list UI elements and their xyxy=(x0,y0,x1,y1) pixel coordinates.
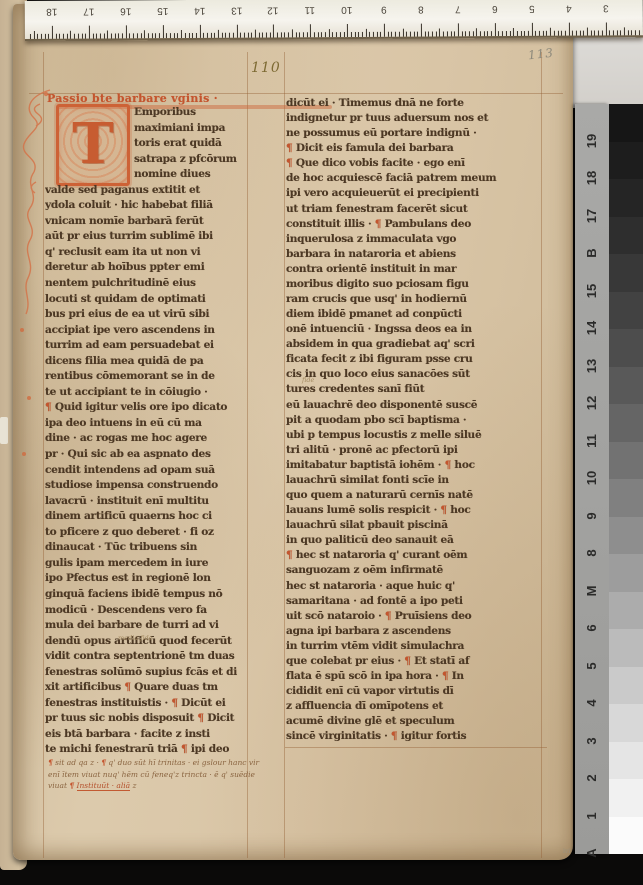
text-line: eū lauachrē deo disponentē suscē xyxy=(286,398,542,413)
text-line: nentem pulchritudinē eius xyxy=(45,276,246,292)
ruler-number: 3 xyxy=(598,2,612,13)
ruler-tick xyxy=(126,25,127,38)
ruler-number: 13 xyxy=(229,5,243,16)
ruler-ticks xyxy=(25,0,643,1)
grayscale-patch xyxy=(609,817,643,855)
ruler-tick xyxy=(266,33,267,38)
text-line: sanguozam z oēm infirmatē xyxy=(286,563,542,578)
text-line: xit artificibus ¶ Quare duas tm xyxy=(45,680,246,696)
grayscale-step-label: 10 xyxy=(580,461,604,495)
text-line: dine · ac rogas me hoc agere xyxy=(45,431,246,447)
text-line: ¶ hec st nataroria q' curant oēm xyxy=(286,548,542,563)
ruler-tick xyxy=(196,33,197,38)
grayscale-step-label: 3 xyxy=(580,724,604,758)
ruler-tick xyxy=(115,33,116,38)
ruler-numbers: 1817161514131211109876543 xyxy=(25,0,643,1)
ruler-tick xyxy=(417,32,418,37)
ruler-tick xyxy=(70,31,71,39)
text-line: imitabatur baptistā iohēm · ¶ hoc xyxy=(286,458,542,473)
ruler-tick xyxy=(303,32,304,37)
ruler-tick xyxy=(462,31,463,36)
text-line: uit scō nataroio · ¶ Pruīsiens deo xyxy=(286,609,542,624)
ruler-tick xyxy=(107,30,108,38)
ruler-tick xyxy=(163,25,164,38)
ruler-tick xyxy=(613,30,614,35)
ruler-tick xyxy=(233,33,234,38)
text-line: tures credentes sanī fiūt xyxy=(286,382,542,397)
text-line: lauachrū similat fonti scīe in xyxy=(286,473,542,488)
grayscale-step-label: 9 xyxy=(580,499,604,533)
ruler-tick xyxy=(181,30,182,38)
grayscale-step-label: 15 xyxy=(580,274,604,308)
measuring-ruler: 1817161514131211109876543 xyxy=(25,0,643,41)
ruler-tick xyxy=(74,34,75,39)
text-line: quo quem a naturarū cernīs natē xyxy=(286,488,542,503)
text-line: locuti st quidam de optimati xyxy=(45,292,246,308)
ruler-tick xyxy=(211,33,212,38)
ruler-tick xyxy=(454,31,455,36)
text-line: vnicam nomīe barbarā ferūt xyxy=(45,214,246,230)
ruler-tick xyxy=(521,31,522,36)
text-line: ¶ Quid igitur velis ore ipo dicato xyxy=(45,400,246,416)
text-line: absidem in qua gradiebat aq' scri xyxy=(286,337,542,352)
text-line: deretur ab hoībus ppter emi xyxy=(45,260,246,276)
text-line: ¶ Dicit eis famula dei barbara xyxy=(286,141,542,156)
ruler-tick xyxy=(45,34,46,39)
ruler-tick xyxy=(170,33,171,38)
ruler-tick xyxy=(620,30,621,35)
page-number-ink: 110 xyxy=(251,60,281,76)
ruler-tick xyxy=(59,34,60,39)
ruler-tick xyxy=(96,34,97,39)
interlinear-note: media fide xyxy=(118,634,153,642)
text-line: z affluencia dī omīpotens et xyxy=(286,699,542,714)
ruler-tick xyxy=(528,31,529,36)
ruler-tick xyxy=(425,32,426,37)
ruler-tick xyxy=(602,30,603,35)
ruler-tick xyxy=(207,33,208,38)
text-line: dinem artificū quaerns hoc ci xyxy=(45,509,246,525)
grayscale-label-strip: 191817B15141312111098M654321A xyxy=(575,104,609,854)
ruler-tick xyxy=(373,32,374,37)
ruler-tick xyxy=(388,32,389,37)
grayscale-patch xyxy=(609,592,643,630)
marginal-footnote: ¶ sit ad qa z · ¶ q' duo sūt hī trinitas… xyxy=(48,757,326,792)
grayscale-calibration-bar: 191817B15141312111098M654321A xyxy=(575,104,643,854)
ruler-tick xyxy=(517,31,518,36)
footnote-line: enī ītem viuat nuq' hēm cū feneq'z trinc… xyxy=(48,769,326,781)
text-line: rentibus cōmemorant se in de xyxy=(45,369,246,385)
ruler-tick xyxy=(495,23,496,36)
text-line: ipo Pfectus est in regionē lon xyxy=(45,571,246,587)
text-line: ydola coluit · hic habebat filiā xyxy=(45,198,246,214)
grayscale-patch xyxy=(609,479,643,517)
ruler-tick xyxy=(48,34,49,39)
ruler-tick xyxy=(565,31,566,36)
text-line: ram crucis que usq' in hodiernū xyxy=(286,292,542,307)
text-line: cis in quo loco eius sanacōes sūt xyxy=(286,367,542,382)
ruler-tick xyxy=(248,33,249,38)
footnote-line: viuat ¶ Instituūt · aliā z xyxy=(48,780,326,792)
ruler-tick xyxy=(580,31,581,36)
text-line: bus pri eius de ea ut virū sibi xyxy=(45,307,246,323)
ruler-tick xyxy=(351,32,352,37)
ruler-tick xyxy=(436,31,437,36)
ruler-tick xyxy=(509,31,510,36)
ruler-number: 6 xyxy=(488,3,502,14)
text-line: Emporibus xyxy=(45,105,246,121)
ruler-tick xyxy=(30,34,31,39)
grayscale-patch xyxy=(609,142,643,180)
grayscale-step-label: 19 xyxy=(580,124,604,158)
text-line: flata ē spū scō in ipa hora · ¶ In xyxy=(286,669,542,684)
ruler-tick xyxy=(502,31,503,36)
ruler-tick xyxy=(631,30,632,35)
ruler-tick xyxy=(628,30,629,35)
ruler-tick xyxy=(380,32,381,37)
grayscale-step-label: 4 xyxy=(580,686,604,720)
text-line: q' reclusit eam ita ut non vi xyxy=(45,245,246,261)
text-line: dicūt ei · Timemus dnā ne forte xyxy=(286,96,542,111)
text-line: diem ibidē pmanet ad conpūcti xyxy=(286,307,542,322)
text-line: maximiani impa xyxy=(45,121,246,137)
ruler-tick xyxy=(399,32,400,37)
ruler-tick xyxy=(332,32,333,37)
text-line: fenestras solūmō supius fcās et di xyxy=(45,665,246,681)
text-line: lauans lumē solis respicit · ¶ hoc xyxy=(286,503,542,518)
text-line: fenestras instituistis · ¶ Dicūt ei xyxy=(45,696,246,712)
grayscale-step-label: 2 xyxy=(580,761,604,795)
grayscale-patch xyxy=(609,329,643,367)
ruler-number: 5 xyxy=(524,3,538,14)
ruler-tick xyxy=(214,33,215,38)
grayscale-step-label: B xyxy=(580,236,604,270)
ruler-tick xyxy=(192,33,193,38)
ruler-tick xyxy=(93,34,94,39)
ruler-tick xyxy=(37,34,38,39)
text-line: hec st nataroria · aque huic q' xyxy=(286,579,542,594)
ruler-tick xyxy=(336,32,337,37)
ruler-tick xyxy=(318,32,319,37)
ruler-tick xyxy=(639,30,640,35)
ruler-tick xyxy=(506,31,507,36)
grayscale-step-label: 8 xyxy=(580,536,604,570)
ruler-tick xyxy=(402,29,403,37)
ruler-tick xyxy=(144,30,145,38)
ruler-tick xyxy=(89,26,90,39)
ruler-tick xyxy=(480,31,481,36)
ruler-tick xyxy=(314,32,315,37)
ruler-number: 14 xyxy=(192,5,206,16)
ruler-tick xyxy=(568,23,569,36)
text-line: ipi vero acquieuerūt ei precipienti xyxy=(286,186,542,201)
ruler-tick xyxy=(137,33,138,38)
page-edge-tab xyxy=(0,417,8,444)
text-line: lauachrū silat pbauit piscinā xyxy=(286,518,542,533)
ruler-tick xyxy=(384,24,385,37)
grayscale-step-label: 12 xyxy=(580,386,604,420)
text-line: toris erat quidā xyxy=(45,136,246,152)
ruler-tick xyxy=(277,32,278,37)
ruler-number: 11 xyxy=(303,4,317,15)
ruler-tick xyxy=(174,33,175,38)
text-line: studiose impensa construendo xyxy=(45,478,246,494)
ruler-tick xyxy=(347,24,348,37)
grayscale-patches xyxy=(609,104,643,854)
red-ink-speck xyxy=(27,396,31,400)
ruler-tick xyxy=(111,33,112,38)
ruler-tick xyxy=(292,29,293,37)
ruler-number: 8 xyxy=(414,4,428,15)
grayscale-step-label: 13 xyxy=(580,349,604,383)
ruler-tick xyxy=(240,33,241,38)
ruler-tick xyxy=(122,33,123,38)
text-line: te ut accipiant te in cōiugio · xyxy=(45,385,246,401)
ruler-tick xyxy=(159,33,160,38)
grayscale-step-label: 17 xyxy=(580,199,604,233)
ruler-tick xyxy=(421,24,422,37)
ruler-tick xyxy=(550,28,551,36)
text-line: barbara in nataroria et abiens xyxy=(286,247,542,262)
text-line: de hoc acquiescē faciā patrem meum xyxy=(286,171,542,186)
text-line: in turrim vtēm vidit simulachra xyxy=(286,639,542,654)
ruler-tick xyxy=(325,32,326,37)
ruler-tick xyxy=(152,33,153,38)
text-line: ¶ Que dico vobis facite · ego enī xyxy=(286,156,542,171)
text-line: nomine diues xyxy=(45,167,246,183)
text-line: onē intuenciū · Ingssa deos ea in xyxy=(286,322,542,337)
ruler-tick xyxy=(199,25,200,38)
text-line: lavacrū · instituit enī multitu xyxy=(45,494,246,510)
grayscale-step-label: 18 xyxy=(580,161,604,195)
text-line: cididit enī cū vapor virtutis dī xyxy=(286,684,542,699)
ruler-tick xyxy=(598,30,599,35)
grayscale-patch xyxy=(609,554,643,592)
ruler-tick xyxy=(591,31,592,36)
ruler-number: 18 xyxy=(45,6,59,17)
ruler-tick xyxy=(259,33,260,38)
ruler-number: 16 xyxy=(119,5,133,16)
text-line: moribus digito suo pciosam figu xyxy=(286,277,542,292)
grayscale-step-label: 6 xyxy=(580,611,604,645)
ruler-tick xyxy=(469,31,470,36)
grayscale-patch xyxy=(609,404,643,442)
grayscale-patch xyxy=(609,292,643,330)
ruler-tick xyxy=(166,33,167,38)
ruler-tick xyxy=(295,32,296,37)
ruler-tick xyxy=(369,32,370,37)
ruler-tick xyxy=(299,32,300,37)
ruler-tick xyxy=(273,24,274,37)
ruler-tick xyxy=(539,31,540,36)
ruler-tick xyxy=(535,31,536,36)
text-line: ficata fecit z ibi figuram psse cru xyxy=(286,352,542,367)
ruler-tick xyxy=(78,34,79,39)
grayscale-patch xyxy=(609,217,643,255)
ruler-tick xyxy=(343,32,344,37)
ruler-tick xyxy=(307,32,308,37)
ruler-tick xyxy=(362,32,363,37)
ruler-tick xyxy=(576,31,577,36)
ruler-tick xyxy=(41,34,42,39)
ruler-tick xyxy=(487,31,488,36)
ruler-tick xyxy=(458,23,459,36)
text-line: mula dei barbare de turri ad vi xyxy=(45,618,246,634)
ruler-tick xyxy=(624,27,625,35)
ruler-tick xyxy=(557,31,558,36)
ruler-tick xyxy=(635,30,636,35)
footnote-line: ¶ sit ad qa z · ¶ q' duo sūt hī trinitas… xyxy=(48,757,326,769)
text-line: accipiat ipe vero ascendens in xyxy=(45,323,246,339)
grayscale-patch xyxy=(609,517,643,555)
ruler-tick xyxy=(188,33,189,38)
ruler-tick xyxy=(310,24,311,37)
ruler-tick xyxy=(203,33,204,38)
ruler-tick xyxy=(406,32,407,37)
grayscale-step-label: M xyxy=(580,574,604,608)
text-line: dicens filia mea quidā de pa xyxy=(45,354,246,370)
ruler-tick xyxy=(428,32,429,37)
ruler-tick xyxy=(155,33,156,38)
ruler-tick xyxy=(554,31,555,36)
ruler-tick xyxy=(465,31,466,36)
ruler-tick xyxy=(587,28,588,36)
ruler-tick xyxy=(63,34,64,39)
ruler-tick xyxy=(513,28,514,36)
text-line: pr · Qui sic ab ea aspnato des xyxy=(45,447,246,463)
ruler-tick xyxy=(329,29,330,37)
text-line: aūt pr eius turrim sublimē ibi xyxy=(45,229,246,245)
ruler-tick xyxy=(617,30,618,35)
ruler-tick xyxy=(177,33,178,38)
ruler-tick xyxy=(443,31,444,36)
text-line: valde sed paganus extitit et xyxy=(45,183,246,199)
grayscale-patch xyxy=(609,667,643,705)
ruler-tick xyxy=(583,31,584,36)
text-line: sincē virginitatis · ¶ igitur fortis xyxy=(286,729,542,744)
grayscale-patch xyxy=(609,104,643,142)
ruler-number: 15 xyxy=(155,5,169,16)
text-line: satrapa z pfcōrum xyxy=(45,152,246,168)
text-line: cendit intendens ad opam suā xyxy=(45,463,246,479)
ruler-tick xyxy=(281,32,282,37)
ruler-tick xyxy=(498,31,499,36)
ruler-tick xyxy=(609,30,610,35)
ruler-tick xyxy=(476,28,477,36)
ruler-tick xyxy=(473,31,474,36)
grayscale-step-label: 11 xyxy=(580,424,604,458)
text-line: dinaucat · Tūc tribuens sin xyxy=(45,540,246,556)
ruler-tick xyxy=(33,31,34,39)
text-line: acumē divine glē et speculum xyxy=(286,714,542,729)
ruler-tick xyxy=(133,33,134,38)
grayscale-patch xyxy=(609,704,643,742)
ruler-tick xyxy=(255,30,256,38)
text-line: constituit illis · ¶ Pambulans deo xyxy=(286,217,542,232)
text-line: ut triam fenestram facerēt sicut xyxy=(286,202,542,217)
text-column-right: dicūt ei · Timemus dnā ne forteindignetu… xyxy=(286,96,542,744)
ruler-tick xyxy=(81,34,82,39)
text-line: to pficere z quo deberet · fi oz xyxy=(45,525,246,541)
ruler-tick xyxy=(288,32,289,37)
ruler-number: 17 xyxy=(82,6,96,17)
ruler-tick xyxy=(450,31,451,36)
grayscale-patch xyxy=(609,179,643,217)
ruler-tick xyxy=(340,32,341,37)
red-ink-speck xyxy=(22,452,26,456)
ruler-tick xyxy=(439,28,440,36)
ruler-tick xyxy=(321,32,322,37)
ruler-number: 4 xyxy=(561,3,575,14)
ruler-tick xyxy=(532,23,533,36)
ruler-tick xyxy=(218,30,219,38)
ruler-tick xyxy=(118,33,119,38)
ruler-tick xyxy=(524,31,525,36)
text-line: gulis ipam mercedem in iure xyxy=(45,556,246,572)
text-line: pr tuus sic nobis disposuit ¶ Dicit xyxy=(45,711,246,727)
text-line: agna ipi barbara z ascendens xyxy=(286,624,542,639)
ruler-tick xyxy=(410,32,411,37)
text-line: indignetur pr tuus aduersum nos et xyxy=(286,111,542,126)
grayscale-patch xyxy=(609,779,643,817)
grayscale-patch xyxy=(609,629,643,667)
ruling-line-bottom xyxy=(285,747,547,748)
ruler-tick xyxy=(395,32,396,37)
ruler-tick xyxy=(244,33,245,38)
ruler-number: 7 xyxy=(451,3,465,14)
ruler-tick xyxy=(236,25,237,38)
ruler-tick xyxy=(104,34,105,39)
ruler-tick xyxy=(391,32,392,37)
ruler-tick xyxy=(543,31,544,36)
ruler-tick xyxy=(561,31,562,36)
ruler-tick xyxy=(546,31,547,36)
ruler-tick xyxy=(56,34,57,39)
text-line: contra orientē instituit in mar xyxy=(286,262,542,277)
interlinear-note: fide xyxy=(302,376,314,384)
ruler-tick xyxy=(251,33,252,38)
grayscale-step-label: 14 xyxy=(580,311,604,345)
text-line: inquerulosa z immaculata vgo xyxy=(286,232,542,247)
ruler-tick xyxy=(185,33,186,38)
grayscale-patch xyxy=(609,442,643,480)
ruler-tick xyxy=(484,31,485,36)
text-line: modicū · Descendens vero fa xyxy=(45,603,246,619)
ruler-tick xyxy=(222,33,223,38)
ruler-tick xyxy=(148,33,149,38)
ruler-tick xyxy=(225,33,226,38)
red-ink-speck xyxy=(20,328,24,332)
text-line: te michi fenestrarū triā ¶ ipi deo xyxy=(45,742,246,758)
text-line: samaritana · ad fontē a ipo peti xyxy=(286,594,542,609)
ruler-tick xyxy=(414,32,415,37)
text-line: in quo paliticū deo sanauit eā xyxy=(286,533,542,548)
text-line: pit a quodam pbo scī baptisma · xyxy=(286,413,542,428)
ruler-tick xyxy=(129,33,130,38)
ruler-tick xyxy=(605,22,606,35)
text-column-left: Emporibusmaximiani impatoris erat quidās… xyxy=(45,105,246,758)
ruling-line-intercolumn-b xyxy=(284,52,285,858)
ruler-number: 10 xyxy=(340,4,354,15)
ruling-line-intercolumn-a xyxy=(247,52,248,858)
text-line: ginquā faciens ibidē tempus nō xyxy=(45,587,246,603)
text-line: turrim ad eam persuadebat ei xyxy=(45,338,246,354)
pencil-corner-mark: ivi xyxy=(563,848,570,855)
ruler-tick xyxy=(270,32,271,37)
ruler-number: 12 xyxy=(266,4,280,15)
ruler-tick xyxy=(67,34,68,39)
ruler-tick xyxy=(366,29,367,37)
